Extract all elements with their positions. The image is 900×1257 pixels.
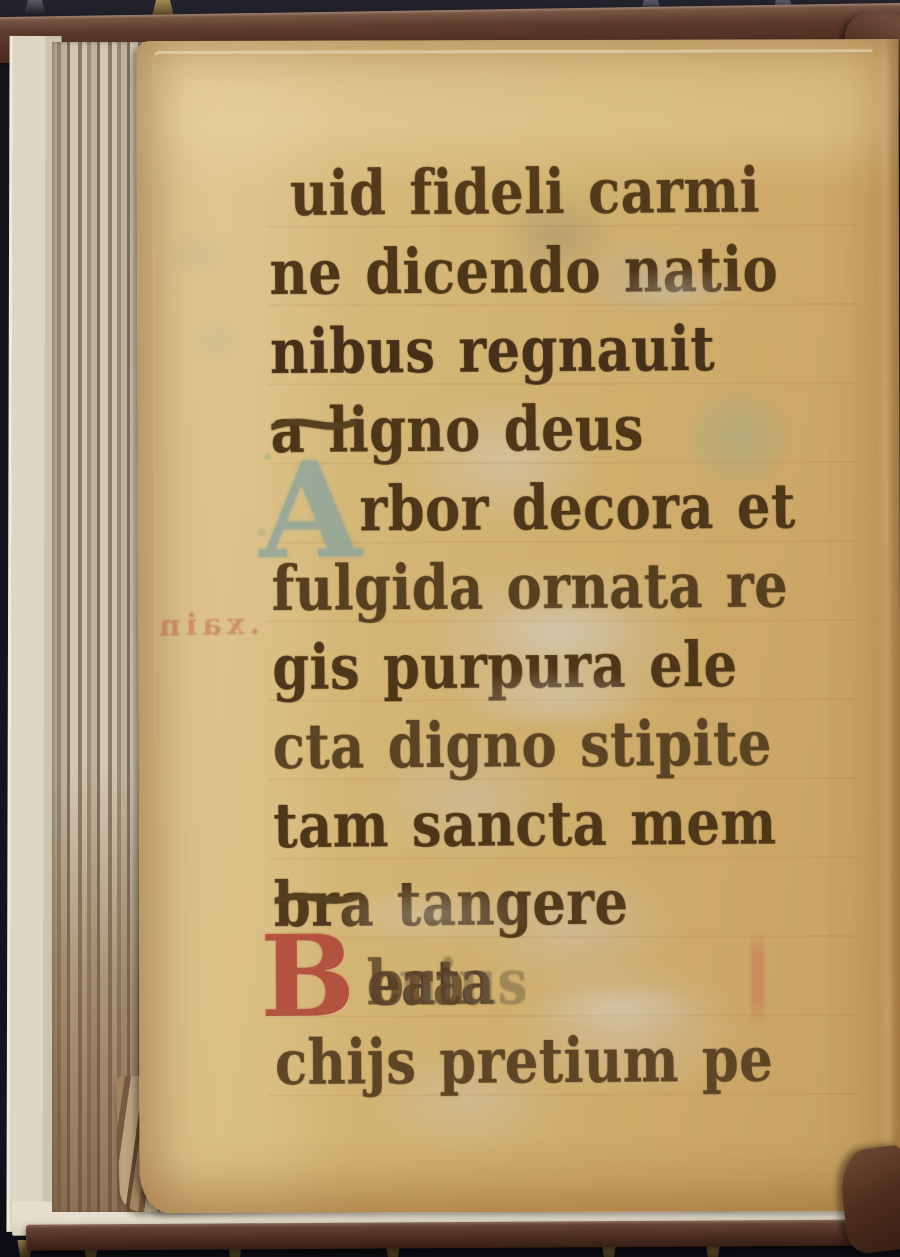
manuscript-line: chijs pretium pe <box>275 1019 786 1102</box>
manuscript-line: fulgida ornata re <box>271 545 782 628</box>
line-text: ne dicendo natio <box>269 229 778 312</box>
line-text: rbor decora et <box>359 466 796 548</box>
manuscript-lines: uid fideli carmi ne dicendo natio nibus … <box>269 150 876 1102</box>
manuscript-line: cta digno stipite <box>272 703 783 786</box>
line-filler-flourish: ~ <box>257 382 373 462</box>
text-block: A B uid fideli carmi ne dicendo natio ni… <box>269 150 876 1134</box>
line-filler-flourish: ~ <box>260 856 376 936</box>
manuscript-line: nibus regnauit <box>270 308 781 391</box>
manuscript-photo: .xain A B uid fideli carmi ne dicendo na… <box>0 0 900 1257</box>
manuscript-line: a ligno deus~ <box>270 387 781 470</box>
manuscript-line: eata cuius bra <box>274 940 785 1023</box>
parchment-page: .xain A B uid fideli carmi ne dicendo na… <box>136 39 900 1213</box>
manuscript-line: tam sancta mem <box>273 782 784 865</box>
manuscript-line: uid fideli carmi <box>290 150 783 232</box>
line-text: nibus regnauit <box>270 309 716 391</box>
line-text: uid fideli carmi <box>290 151 761 233</box>
line-text: bra <box>367 943 468 1023</box>
leather-cover-bottom-edge <box>26 1219 900 1250</box>
marginal-red-numeral: .xain <box>154 610 261 642</box>
binding-stud-icon <box>24 0 46 16</box>
line-text: cta digno stipite <box>272 703 772 785</box>
line-text: gis purpura ele <box>272 625 738 707</box>
manuscript-line: gis purpura ele <box>272 624 783 707</box>
leaf-stack-stain <box>52 42 148 1212</box>
line-text: chijs pretium pe <box>275 1019 774 1101</box>
manuscript-line: rbor decora et <box>271 466 782 549</box>
manuscript-line: ne dicendo natio <box>269 229 780 312</box>
line-text: tam sancta mem <box>273 782 777 865</box>
manuscript-line: bra tangere~ <box>274 861 785 944</box>
line-text: fulgida ornata re <box>271 545 788 628</box>
